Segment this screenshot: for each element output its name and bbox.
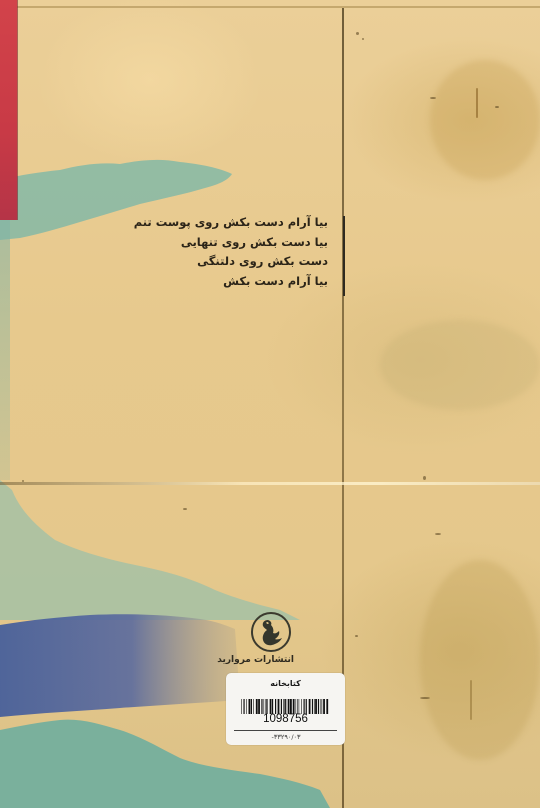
library-barcode-sticker: کتابخانه 1098756 ۳۳۲۹۰/۰۳- <box>226 673 345 745</box>
barcode-number: 1098756 <box>226 713 345 725</box>
bird-emblem-icon <box>251 612 291 652</box>
publisher-block: انتشارات مروارید <box>248 612 294 665</box>
sticker-divider <box>234 730 337 731</box>
red-bookmark-stripe <box>0 0 17 220</box>
paper-stain <box>420 560 540 760</box>
sticker-code: ۳۳۲۹۰/۰۳- <box>232 733 340 741</box>
paper-speck <box>476 88 478 118</box>
paper-speck <box>470 680 472 720</box>
barcode-icon <box>241 699 329 714</box>
fold-crease-horizontal <box>0 482 540 485</box>
watercolor-left-wash <box>0 220 10 480</box>
sticker-library-name: کتابخانه <box>226 679 345 688</box>
paper-speck <box>355 635 358 637</box>
paper-speck <box>430 97 436 99</box>
paper-speck <box>435 533 441 535</box>
poem-block: بیا آرام دست بکش روی پوست تنم بیا دست بک… <box>128 213 328 291</box>
paper-stain <box>430 60 540 180</box>
watercolor-teal-wash <box>0 480 300 620</box>
paper-stain <box>380 320 540 410</box>
fold-crease-top <box>10 6 540 8</box>
paper-speck <box>423 476 426 480</box>
poem-line: بیا دست بکش روی تنهایی <box>128 233 328 253</box>
poem-line: بیا آرام دست بکش <box>128 272 328 292</box>
paper-speck <box>420 697 430 699</box>
paper-speck <box>495 106 499 108</box>
paper-speck <box>362 38 364 40</box>
poem-line: بیا آرام دست بکش روی پوست تنم <box>128 213 328 233</box>
book-back-cover: بیا آرام دست بکش روی پوست تنم بیا دست بک… <box>0 0 540 808</box>
paper-speck <box>356 32 359 35</box>
publisher-name: انتشارات مروارید <box>248 655 294 665</box>
poem-vertical-bar <box>343 216 345 296</box>
poem-line: دست بکش روی دلتنگی <box>128 252 328 272</box>
